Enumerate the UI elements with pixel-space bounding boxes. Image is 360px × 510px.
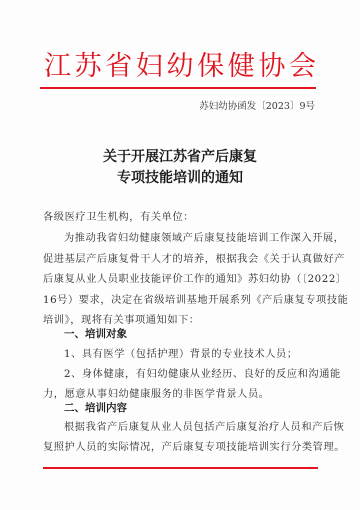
intro-line: 后康复从业人员职业技能评价工作的通知》苏妇幼协（〔2022〕 [43, 273, 319, 287]
org-name-char: 协 [258, 50, 285, 84]
org-name-char: 会 [289, 50, 316, 84]
org-name-char: 省 [105, 50, 132, 84]
intro-line: 培训》，现将有关事项通知如下： [43, 314, 319, 328]
intro-line: 16号）要求，决定在省级培训基地开展系列《产后康复专项技能 [43, 294, 319, 308]
document-title-line-2: 专项技能培训的通知 [0, 168, 360, 188]
page-bottom-divider [43, 467, 318, 469]
org-name-char: 幼 [167, 50, 194, 84]
section-line: 复照护人员的实际情况，产后康复专项技能培训实行分类管理。 [43, 441, 319, 455]
org-name-char: 保 [197, 50, 224, 84]
salutation: 各级医疗卫生机构，有关单位： [43, 211, 319, 225]
section-heading-training-target: 一、培训对象 [64, 327, 127, 341]
document-number: 苏妇幼协函发〔2023〕9号 [199, 100, 315, 114]
org-name-char: 健 [228, 50, 255, 84]
org-name-char: 苏 [75, 50, 102, 84]
section-line: 1、具有医学（包括护理）背景的专业技术人员； [64, 348, 340, 362]
intro-line: 促进基层产后康复骨干人才的培养，根据我会《关于认真做好产 [43, 253, 319, 267]
section-heading-training-content: 二、培训内容 [64, 401, 127, 415]
document-title-line-1: 关于开展江苏省产后康复 [0, 147, 360, 167]
intro-line: 为推动我省妇幼健康领域产后康复技能培训工作深入开展， [64, 232, 340, 246]
section-line: 2、身体健康，有妇幼健康从业经历、良好的反应和沟通能 [64, 368, 340, 382]
letterhead-divider [40, 87, 316, 89]
organization-name: 江 苏 省 妇 幼 保 健 协 会 [44, 50, 316, 84]
org-name-char: 江 [44, 50, 71, 84]
section-line: 力，愿意从事妇幼健康服务的非医学背景人员。 [43, 388, 319, 402]
section-line: 根据我省产后康复从业人员包括产后康复治疗人员和产后恢 [64, 421, 340, 435]
org-name-char: 妇 [136, 50, 163, 84]
